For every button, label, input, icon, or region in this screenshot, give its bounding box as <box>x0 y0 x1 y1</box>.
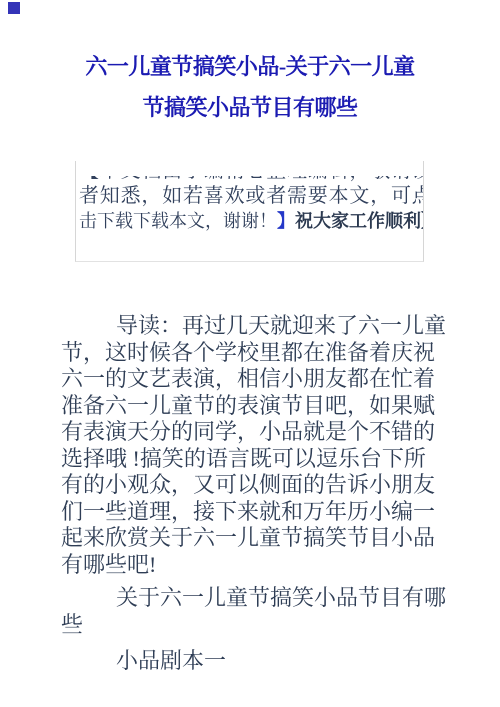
text-line: 们一些道理，接下来就和万年历小编一 <box>61 499 445 526</box>
notice-download-text: 击下载下载本文，谢谢！ <box>79 211 277 231</box>
text-line: 小品剧本一 <box>61 648 445 675</box>
text-line: 关于六一儿童节搞笑小品节目有哪 <box>61 585 445 612</box>
notice-line: 击下载下载本文，谢谢！】祝大家工作顺利】 <box>79 209 423 234</box>
notice-wish-text: 祝大家工作顺利】 <box>295 211 424 231</box>
text-line: 节，这时候各个学校里都在准备着庆祝 <box>61 340 445 367</box>
title-line-2: 节搞笑小品节目有哪些 <box>0 87 500 128</box>
text-line: 六一的文艺表演，相信小朋友都在忙着 <box>61 366 445 393</box>
text-line: 准备六一儿童节的表演节目吧，如果赋 <box>61 393 445 420</box>
text-line: 些 <box>61 612 445 639</box>
text-line: 有表演天分的同学，小品就是个不错的 <box>61 419 445 446</box>
page-title: 六一儿童节搞笑小品-关于六一儿童 节搞笑小品节目有哪些 <box>0 46 500 128</box>
corner-mark <box>8 2 20 14</box>
notice-line: 者知悉，如若喜欢或者需要本文，可点 <box>79 184 423 209</box>
paragraph-script-label: 小品剧本一 <box>61 648 445 675</box>
text-line: 有哪些吧! <box>61 552 445 579</box>
text-line: 有的小观众，又可以侧面的告诉小朋友 <box>61 472 445 499</box>
paragraph-intro: 导读：再过几天就迎来了六一儿童 节，这时候各个学校里都在准备着庆祝 六一的文艺表… <box>61 313 445 578</box>
text-line: 导读：再过几天就迎来了六一儿童 <box>61 313 445 340</box>
notice-box: 【本文档由小编精心整理编辑，敬请读 者知悉，如若喜欢或者需要本文，可点 击下载下… <box>75 161 424 262</box>
notice-bracket: 】 <box>277 211 295 231</box>
paragraph-subheading: 关于六一儿童节搞笑小品节目有哪 些 <box>61 585 445 638</box>
text-line: 选择哦 !搞笑的语言既可以逗乐台下所 <box>61 446 445 473</box>
document-page: 六一儿童节搞笑小品-关于六一儿童 节搞笑小品节目有哪些 【本文档由小编精心整理编… <box>0 0 500 707</box>
text-line: 起来欣赏关于六一儿童节搞笑节目小品 <box>61 525 445 552</box>
article-body: 导读：再过几天就迎来了六一儿童 节，这时候各个学校里都在准备着庆祝 六一的文艺表… <box>61 313 445 675</box>
title-line-1: 六一儿童节搞笑小品-关于六一儿童 <box>0 46 500 87</box>
notice-top-cover <box>76 161 423 176</box>
